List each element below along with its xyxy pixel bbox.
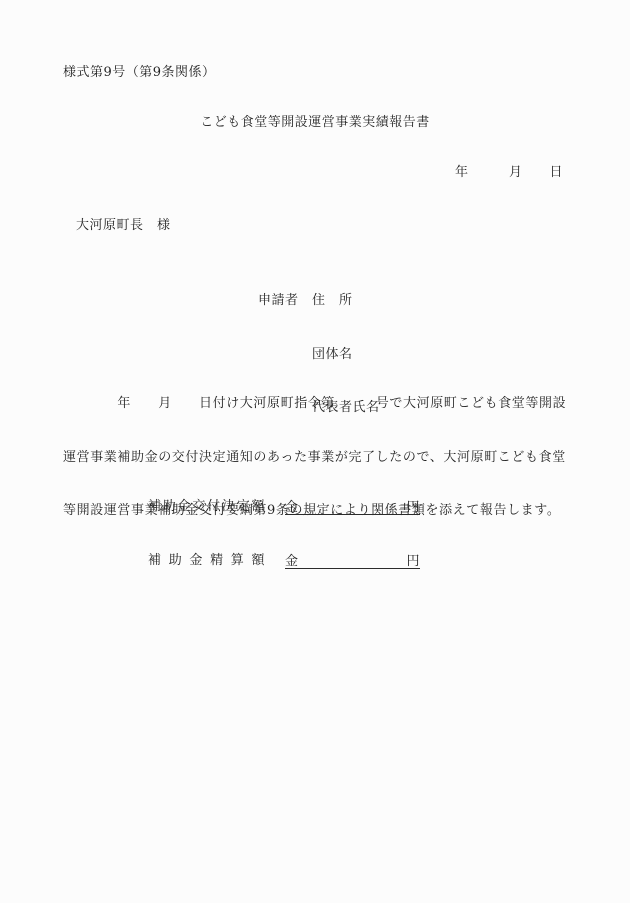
amount-decided-field: 金 円 [285,498,420,515]
yen-suffix: 円 [406,555,420,568]
addressee: 大河原町長 様 [76,219,171,232]
form-number: 様式第9号（第9条関係） [63,66,216,79]
amount-decided-label: 補助金交付決定額 [148,500,265,513]
amounts-block: 補助金交付決定額 金 円 補助金精算額 金 円 [148,467,420,600]
applicant-label: 申請者 [258,294,299,307]
body-line-1: 年 月 日付け大河原町指令第 号で大河原町こども食堂等開設 [63,390,566,417]
amount-row-settled: 補助金精算額 金 円 [148,546,420,573]
amount-settled-field: 金 円 [285,552,420,569]
applicant-row-address: 申請者 住 所 [258,287,380,314]
amount-settled-label: 補助金精算額 [148,554,265,567]
amount-row-decided: 補助金交付決定額 金 円 [148,493,420,520]
yen-prefix: 金 [285,501,299,514]
yen-suffix: 円 [406,501,420,514]
yen-prefix: 金 [285,555,299,568]
document-title: こども食堂等開設運営事業実績報告書 [0,116,630,129]
applicant-org-label: 団体名 [312,348,353,361]
applicant-address-label: 住 所 [312,294,353,307]
document-page: 様式第9号（第9条関係） こども食堂等開設運営事業実績報告書 年 月 日 大河原… [0,0,630,903]
date-line: 年 月 日 [455,166,563,179]
